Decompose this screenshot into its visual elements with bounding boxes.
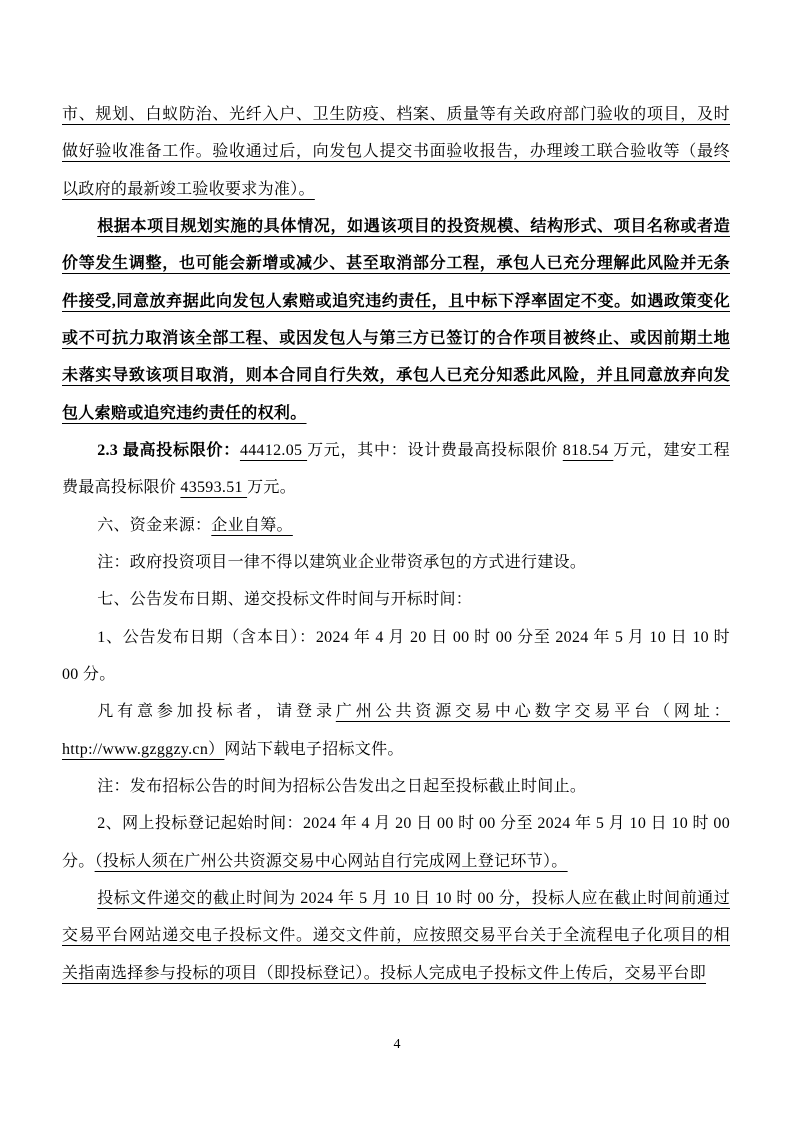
para-funding-source: 六、资金来源：企业自筹。 xyxy=(62,507,730,544)
document-body: 市、规划、白蚁防治、光纤入户、卫生防疫、档案、质量等有关政府部门验收的项目，及时… xyxy=(62,96,730,992)
platform-download-tail-text: 网站下载电子招标文件。 xyxy=(224,741,403,758)
para-max-bid-price: 2.3 最高投标限价：44412.05 万元，其中：设计费最高投标限价 818.… xyxy=(62,432,730,507)
max-bid-price-value: 44412.05 xyxy=(240,442,307,459)
para-acceptance-continuation: 市、规划、白蚁防治、光纤入户、卫生防疫、档案、质量等有关政府部门验收的项目，及时… xyxy=(62,96,730,208)
construction-fee-value: 43593.51 xyxy=(180,479,247,496)
online-registration-note: （投标人须在广州公共资源交易中心网站自行完成网上登记环节）。 xyxy=(95,853,568,870)
para-announcement-date: 1、公告发布日期（含本日）：2024 年 4 月 20 日 00 时 00 分至… xyxy=(62,619,730,694)
para-risk-adjustment-clause: 根据本项目规划实施的具体情况，如遇该项目的投资规模、结构形式、项目名称或者造价等… xyxy=(62,208,730,432)
max-bid-price-label: 2.3 最高投标限价： xyxy=(97,442,240,459)
max-bid-price-tail-text: 万元。 xyxy=(247,479,296,496)
page-number: 4 xyxy=(0,1036,794,1054)
acceptance-continuation-text: 市、规划、白蚁防治、光纤入户、卫生防疫、档案、质量等有关政府部门验收的项目，及时… xyxy=(62,106,730,198)
para-submission-deadline: 投标文件递交的截止时间为 2024 年 5 月 10 日 10 时 00 分，投… xyxy=(62,880,730,992)
submission-deadline-text: 投标文件递交的截止时间为 2024 年 5 月 10 日 10 时 00 分，投… xyxy=(62,890,730,982)
design-fee-value: 818.54 xyxy=(563,442,614,459)
document-page: 市、规划、白蚁防治、光纤入户、卫生防疫、档案、质量等有关政府部门验收的项目，及时… xyxy=(0,0,794,1123)
risk-adjustment-clause-text: 根据本项目规划实施的具体情况，如遇该项目的投资规模、结构形式、项目名称或者造价等… xyxy=(62,218,730,422)
para-online-registration: 2、网上投标登记起始时间：2024 年 4 月 20 日 00 时 00 分至 … xyxy=(62,805,730,880)
section-seven-title: 七、公告发布日期、递交投标文件时间与开标时间： xyxy=(97,591,472,608)
para-note-announcement-time: 注：发布招标公告的时间为招标公告发出之日起至投标截止时间止。 xyxy=(62,768,730,805)
max-bid-price-mid-text: 万元，其中：设计费最高投标限价 xyxy=(307,442,563,459)
note-government-investment-text: 注：政府投资项目一律不得以建筑业企业带资承包的方式进行建设。 xyxy=(97,554,586,571)
para-note-government-investment: 注：政府投资项目一律不得以建筑业企业带资承包的方式进行建设。 xyxy=(62,544,730,581)
platform-download-lead-text: 凡有意参加投标者，请登录 xyxy=(97,703,336,720)
funding-source-value: 企业自筹。 xyxy=(211,517,293,534)
para-platform-download: 凡有意参加投标者，请登录广州公共资源交易中心数字交易平台（网址：http://w… xyxy=(62,693,730,768)
funding-source-label: 六、资金来源： xyxy=(97,517,211,534)
announcement-date-text: 1、公告发布日期（含本日）：2024 年 4 月 20 日 00 时 00 分至… xyxy=(62,629,730,683)
heading-section-seven: 七、公告发布日期、递交投标文件时间与开标时间： xyxy=(62,581,730,618)
note-announcement-time-text: 注：发布招标公告的时间为招标公告发出之日起至投标截止时间止。 xyxy=(97,778,586,795)
